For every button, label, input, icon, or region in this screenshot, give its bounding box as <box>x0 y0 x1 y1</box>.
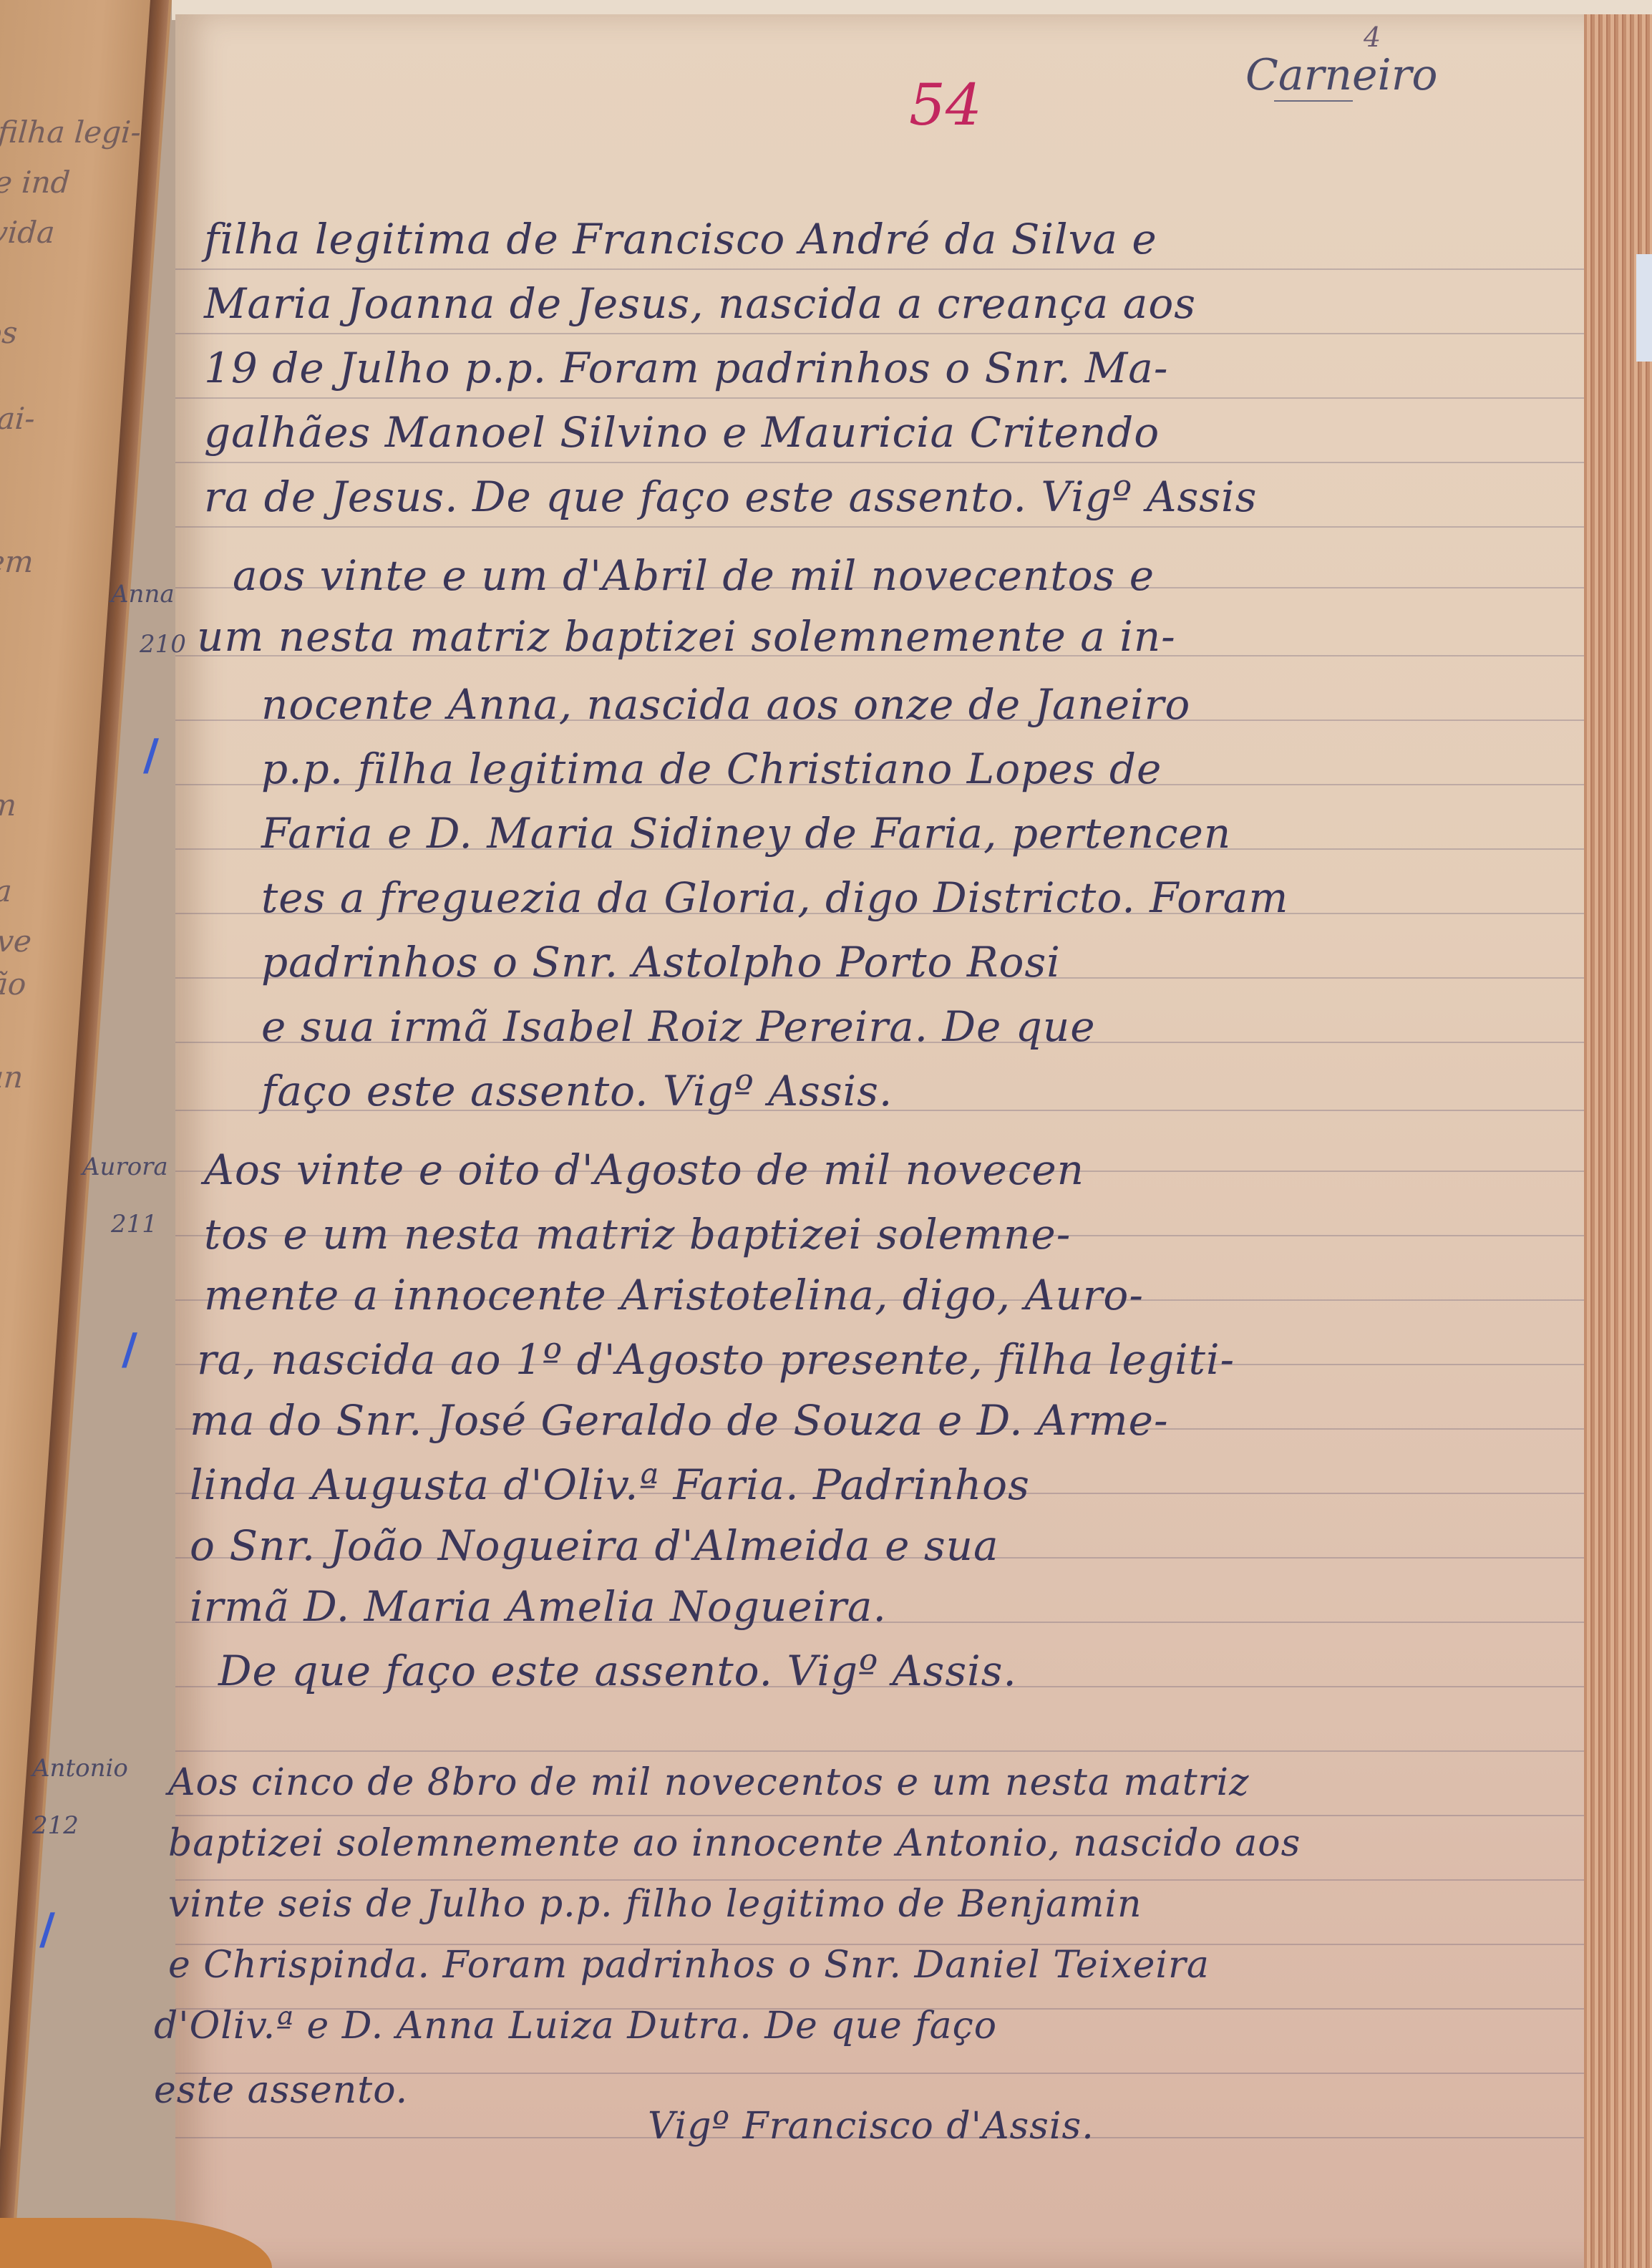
header-underline <box>1274 100 1353 102</box>
entry-line: mente a innocente Aristotelina, digo, Au… <box>204 1271 1144 1319</box>
entry-line: irmã D. Maria Amelia Nogueira. <box>190 1582 887 1631</box>
entry-line: nocente Anna, nascida aos onze de Janeir… <box>261 680 1190 729</box>
blue-check-mark: / <box>39 1904 55 1954</box>
margin-number: 211 <box>111 1210 157 1239</box>
entry-line: o Snr. João Nogueira d'Almeida e sua <box>190 1521 999 1570</box>
entry-line: Aos vinte e oito d'Agosto de mil novecen <box>204 1145 1084 1194</box>
entry-line: um nesta matriz baptizei solemnemente a … <box>197 612 1176 661</box>
margin-name: Antonio <box>32 1754 128 1783</box>
fragment-text: e ind <box>0 165 71 200</box>
entry-line: ra de Jesus. De que faço este assento. V… <box>204 472 1257 521</box>
fragment-text: bem <box>0 544 34 579</box>
entry-line: Aos cinco de 8bro de mil novecentos e um… <box>168 1761 1249 1804</box>
entry-line: ra, nascida ao 1º d'Agosto presente, fil… <box>197 1335 1235 1384</box>
blue-check-mark: / <box>122 1324 137 1375</box>
fragment-text: Assun <box>0 1060 24 1095</box>
entry-line: tos e um nesta matriz baptizei solemne- <box>204 1210 1071 1259</box>
entry-line: 19 de Julho p.p. Foram padrinhos o Snr. … <box>204 344 1168 392</box>
entry-line: este assento. <box>154 2069 408 2112</box>
entry-line: padrinhos o Snr. Astolpho Porto Rosi <box>261 938 1061 987</box>
entry-line: aos vinte e um d'Abril de mil novecentos… <box>233 551 1155 600</box>
folio-number: 54 <box>909 72 982 138</box>
entry-line: linda Augusta d'Oliv.ª Faria. Padrinhos <box>190 1460 1030 1509</box>
margin-name: Aurora <box>82 1153 168 1181</box>
paper-tab <box>1636 254 1652 362</box>
margin-number: 210 <box>140 630 186 659</box>
fragment-text: pai- <box>0 401 36 436</box>
entry-line: e sua irmã Isabel Roiz Pereira. De que <box>261 1002 1096 1051</box>
entry-line: galhães Manoel Silvino e Mauricia Criten… <box>204 408 1160 457</box>
register-page: 4 Carneiro 54 filha legitima de Francisc… <box>175 14 1600 2268</box>
entry-line: Maria Joanna de Jesus, nascida a creança… <box>204 279 1196 328</box>
header-number: 4 <box>1364 21 1381 53</box>
entry-line: tes a freguezia da Gloria, digo District… <box>261 873 1288 922</box>
entry-line: d'Oliv.ª e D. Anna Luiza Dutra. De que f… <box>154 2005 997 2047</box>
header-surname: Carneiro <box>1245 50 1438 100</box>
fragment-text: Azeve <box>0 924 33 959</box>
entry-line: vinte seis de Julho p.p. filho legitimo … <box>168 1883 1142 1926</box>
entry-line: ma do Snr. José Geraldo de Souza e D. Ar… <box>190 1396 1169 1445</box>
entry-line: baptizei solemnemente ao innocente Anton… <box>168 1822 1301 1865</box>
fragment-text: nem <box>0 787 18 823</box>
fragment-text: filha <box>0 873 13 908</box>
fragment-text: os <box>0 315 19 350</box>
blue-check-mark: / <box>143 730 159 780</box>
entry-line: e Chrispinda. Foram padrinhos o Snr. Dan… <box>168 1944 1210 1987</box>
fragment-text: Forão <box>0 966 27 1002</box>
entry-line: filha legitima de Francisco André da Sil… <box>204 215 1157 263</box>
fragment-text: vida <box>0 215 56 250</box>
entry-line: De que faço este assento. Vigº Assis. <box>218 1647 1017 1695</box>
entry-line: faço este assento. Vigº Assis. <box>261 1067 893 1115</box>
margin-number: 212 <box>32 1811 79 1840</box>
entry-line: p.p. filha legitima de Christiano Lopes … <box>261 745 1162 793</box>
margin-name: Anna <box>111 580 175 609</box>
signature-line: Vigº Francisco d'Assis. <box>648 2105 1094 2148</box>
fragment-text: filha legi- <box>0 115 142 150</box>
entry-line: Faria e D. Maria Sidiney de Faria, perte… <box>261 809 1231 858</box>
